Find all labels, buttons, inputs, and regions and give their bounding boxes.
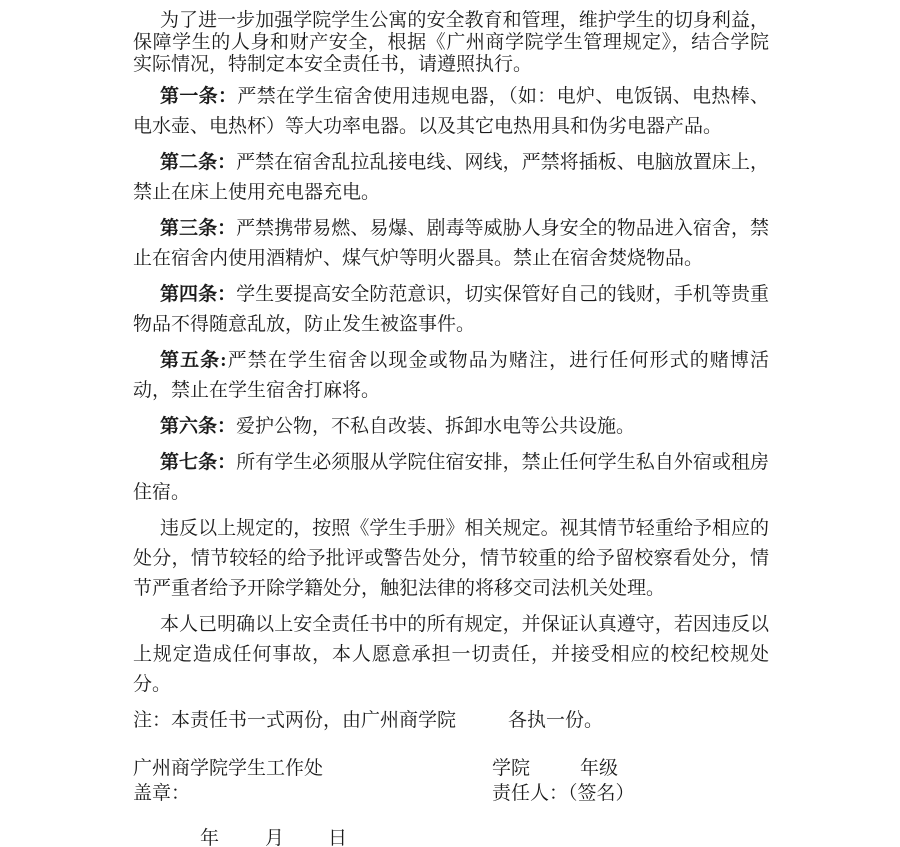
fill-in-blank: [284, 843, 328, 844]
article-6-text: 爱护公物，不私自改装、拆卸水电等公共设施。: [236, 416, 635, 437]
college-label: 学院: [492, 758, 530, 779]
issuer-organization: 广州商学院学生工作处: [133, 756, 492, 781]
article-2-label: 第二条：: [160, 152, 236, 173]
article-1-label: 第一条：: [160, 86, 237, 107]
signature-right-column: 学院年级 责任人：（签名）: [492, 756, 769, 806]
article-5-label: 第五条:: [160, 350, 227, 371]
penalty-paragraph: 违反以上规定的，按照《学生手册》相关规定。视其情节轻重给予相应的处分，情节较轻的…: [133, 514, 769, 604]
article-6-label: 第六条：: [160, 416, 236, 437]
article-7-label: 第七条：: [160, 452, 236, 473]
year-label: 年: [200, 828, 219, 847]
article-3-label: 第三条：: [160, 218, 236, 239]
article-6: 第六条：爱护公物，不私自改装、拆卸水电等公共设施。: [133, 412, 769, 442]
responsible-person-line: 责任人：（签名）: [492, 781, 769, 806]
article-5-text: 严禁在学生宿舍以现金或物品为赌注，进行任何形式的赌博活动，禁止在学生宿舍打麻将。: [133, 350, 769, 401]
article-2: 第二条：严禁在宿舍乱拉乱接电线、网线，严禁将插板、电脑放置床上，禁止在床上使用充…: [133, 148, 769, 208]
day-label: 日: [328, 828, 347, 847]
safety-responsibility-document: 为了进一步加强学院学生公寓的安全教育和管理，维护学生的切身利益，保障学生的人身和…: [133, 0, 769, 847]
copies-note-line: 注：本责任书一式两份，由广州商学院各执一份。: [133, 706, 769, 736]
fill-in-blank: [219, 843, 265, 844]
note-prefix: 注：本责任书一式两份，由广州商学院: [133, 710, 456, 731]
fill-in-blank: [456, 725, 508, 726]
seal-label: 盖章：: [133, 781, 492, 806]
fill-in-blank: [530, 773, 580, 774]
grade-label: 年级: [580, 758, 618, 779]
month-label: 月: [265, 828, 284, 847]
article-4-label: 第四条：: [160, 284, 236, 305]
signature-left-column: 广州商学院学生工作处 盖章：: [133, 756, 492, 806]
date-line: 年月日: [133, 826, 769, 847]
signature-block: 广州商学院学生工作处 盖章： 学院年级 责任人：（签名）: [133, 756, 769, 806]
article-3: 第三条：严禁携带易燃、易爆、剧毒等威胁人身安全的物品进入宿舍，禁止在宿舍内使用酒…: [133, 214, 769, 274]
article-5: 第五条:严禁在学生宿舍以现金或物品为赌注，进行任何形式的赌博活动，禁止在学生宿舍…: [133, 346, 769, 406]
commitment-paragraph: 本人已明确以上安全责任书中的所有规定，并保证认真遵守，若因违反以上规定造成任何事…: [133, 610, 769, 700]
article-4: 第四条：学生要提高安全防范意识，切实保管好自己的钱财，手机等贵重物品不得随意乱放…: [133, 280, 769, 340]
college-grade-line: 学院年级: [492, 756, 769, 781]
note-suffix: 各执一份。: [508, 710, 603, 731]
article-7: 第七条：所有学生必须服从学院住宿安排，禁止任何学生私自外宿或租房住宿。: [133, 448, 769, 508]
intro-paragraph: 为了进一步加强学院学生公寓的安全教育和管理，维护学生的切身利益，保障学生的人身和…: [133, 10, 769, 76]
article-1: 第一条：严禁在学生宿舍使用违规电器，（如：电炉、电饭锅、电热棒、电水壶、电热杯）…: [133, 82, 769, 142]
